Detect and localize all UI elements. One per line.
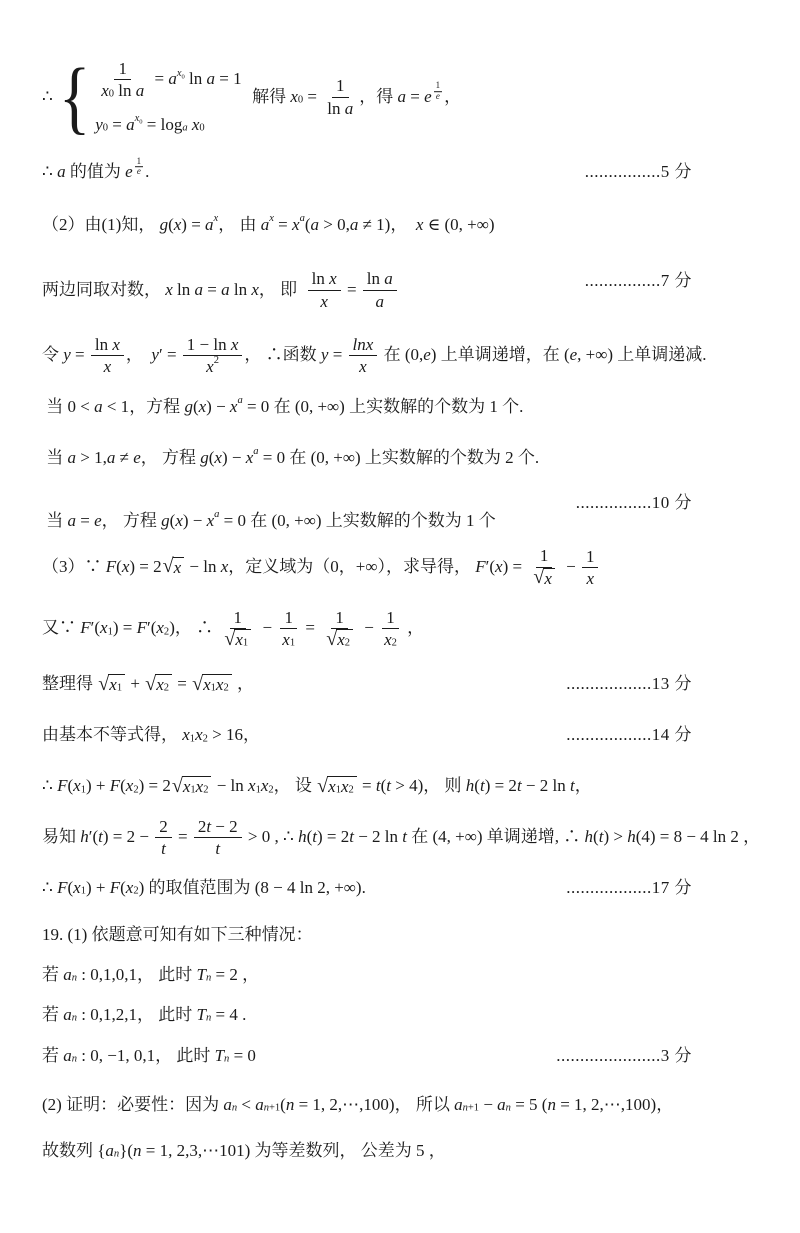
math-var: x [214,214,219,225]
subscript: 0 [103,121,108,135]
math-var: a [57,161,66,184]
numerator: 1 [280,607,297,629]
text-run: 0 [298,94,303,105]
math-var: x [207,510,215,533]
superscript: a [300,213,305,227]
text-run: 上实数解的个数为 1 个 [322,510,496,533]
q19-intro-line: 19. (1) 依题意可知有如下三种情况： [42,923,772,947]
text-run: : 0, −1, 0,1 [77,1045,155,1068]
text-run: = 0 [229,1045,256,1068]
math-var: a [311,214,320,237]
math-var: h [466,775,475,798]
math-var: x [112,334,120,355]
text-run: 1 [290,638,295,649]
math-var: x [292,214,300,237]
text-run: 若 [42,1004,63,1027]
math-var: e [94,510,102,533]
h-derivative-line: 易知 h′(t) = 2 − 2t = 2t − 2t > 0 , ∴ h(t)… [42,816,772,860]
text-run: = 0 [219,510,246,533]
math-var: F [475,556,485,579]
text-run: ， [656,1094,673,1117]
text-run: ln [173,279,195,302]
math-var: T [197,964,206,987]
math-var: x [175,510,183,533]
math-var: x [261,775,269,798]
score-marker: ................7 分 [585,270,692,293]
text-run: 2 [349,784,354,795]
denominator: x [100,356,116,377]
math-var: F [80,617,90,640]
derivative-equal-line: 又∵ F′(x1) = F′(x2)， ∴ 1√x1 − 1x1 = 1√x2 … [42,607,772,651]
text-run: 解得 [244,86,291,109]
superscript: x0 [177,67,185,81]
text-run: 当 [42,396,68,419]
score-marker: ................10 分 [576,492,692,515]
sqrt-radical: √x1x2 [192,674,232,695]
subscript: 2 [349,784,354,797]
text-run: ) + [86,775,110,798]
numerator: ln x [308,268,341,290]
superscript: x0 [135,112,143,126]
math-var: g [161,510,170,533]
radical-sign-icon: √ [533,567,544,587]
subscript: 2 [203,732,208,746]
text-run: 当 [42,447,68,470]
math-var: lnx [353,334,374,355]
text-run: ln [367,268,384,289]
numerator: 1 [332,75,349,97]
text-run: > 4) [391,775,423,798]
subscript: 2 [392,637,397,650]
text-run: ， [238,964,259,987]
text-run: 1 [284,607,293,628]
text-run: ) = 2 [485,775,517,798]
fraction: 1 − ln xx2 [183,334,243,378]
text-run: − [562,556,580,579]
text-run: = [76,510,94,533]
text-run: 在 [269,396,295,419]
text-run: 1 [118,58,127,79]
math-var: n [206,1012,211,1023]
math-var: y [63,344,71,367]
text-run: = [301,617,319,640]
math-var: x [122,556,130,579]
text-run: = [406,86,424,109]
text-run: 2 [198,816,207,837]
math-var: F [106,556,116,579]
math-var: x [290,86,298,109]
text-run: > 16 [208,724,243,747]
text-run: : 0,1,0,1 [77,964,137,987]
text-run: ∴ [42,775,57,798]
math-var: x [359,356,367,377]
text-run: ln [114,80,136,101]
math-var: x [341,777,349,797]
denominator: √x [528,568,560,589]
denominator: x [355,356,371,377]
math-var: n [206,972,211,983]
subscript: n [224,1052,229,1066]
math-var: x [104,356,112,377]
subscript: n+1 [463,1101,479,1115]
text-run: ∈ (0, +∞) [423,214,494,237]
text-run: − [258,617,276,640]
math-var: x [216,675,224,695]
text-run: = [303,86,321,109]
fraction: 1e [135,157,143,177]
numerator: 1 [382,607,399,629]
math-var: x [246,447,254,470]
math-var: a [376,291,385,312]
radicand: x [173,557,185,578]
superscript: a [214,509,219,523]
text-run: 0 [199,122,204,133]
text-run: 1 [386,607,395,628]
math-var: a [168,68,177,91]
math-var: e [423,344,431,367]
text-run: 两边同取对数， [42,279,165,302]
subscript: n [114,1147,119,1161]
text-run: : 0,1,2,1 [77,1004,137,1027]
text-run: 故数列 [42,1140,97,1163]
simplify-line: 整理得 √x1 + √x2 = √x1x2 ，.................… [42,673,772,697]
math-var: a [205,214,214,237]
text-run: ， 方程 [102,510,162,533]
text-run: = [150,68,168,91]
text-run: + [126,673,144,696]
text-run: ) = 2 [317,826,349,849]
numerator: 1 [230,607,247,629]
text-run: 2 [203,784,208,795]
text-run: = [108,114,126,137]
text-run: ， [575,775,592,798]
math-var: F [57,775,67,798]
text-run: ) > [603,826,627,849]
radicand: x2 [336,629,353,650]
math-var: t [161,838,166,859]
superscript: 2 [214,354,219,367]
math-var: a [136,80,145,101]
superscript: a [237,395,242,409]
text-run: ， [126,344,152,367]
math-var: n [286,1094,295,1117]
math-var: x [126,775,134,798]
numerator: ln x [91,334,124,356]
math-var: x [109,675,117,695]
denominator: t [157,838,170,859]
text-run: = 4 [211,1004,238,1027]
subscript: 2 [164,682,169,695]
text-run: = 1 [215,68,242,91]
math-var: a [214,510,219,521]
text-run: 在 [379,344,405,367]
score-marker: ..................17 分 [566,877,692,900]
math-var: a [300,214,305,225]
text-run: 的取值范围为 [144,877,255,900]
radicand: x1 [234,629,251,650]
sqrt-radical: √x1 [224,629,251,650]
text-run: 由基本不等式得， [42,724,182,747]
math-var: e [424,86,432,109]
sqrt-radical: √x1x2 [317,776,357,797]
numerator: 2t − 2 [194,816,242,838]
text-run: 2 [164,626,169,637]
text-run: = 1, 2,3,⋯101) [142,1140,251,1163]
text-run: ) = [113,617,137,640]
fraction: 1ln a [323,75,357,119]
numerator: 1 [582,546,599,568]
text-run: ∴ [42,86,53,109]
text-run: 单调递增, ∴ [483,826,585,849]
part2-setup-line: （2）由(1)知， g(x) = ax， 由 ax = xa(a > 0,a ≠… [42,213,772,237]
math-var: e [570,344,578,367]
text-run: ) = 2 [139,775,171,798]
denominator: x0 ln a [97,80,148,101]
subscript: 2 [345,638,350,651]
subscript: 2 [203,784,208,797]
text-run: > 1, [76,447,107,470]
text-run: ， 则 [423,775,466,798]
math-var: n [114,1148,119,1159]
text-run: 1 [586,546,595,567]
fraction: 1√x1 [219,607,256,651]
math-var: a [126,114,135,137]
fraction: 2t − 2t [194,816,242,860]
subscript: 0 [182,73,185,82]
text-run: (0, +∞) [272,510,322,533]
math-var: n [72,972,77,983]
text-run: 2 [159,816,168,837]
text-run: ，定义域为（0，+∞），求导得， [228,556,475,579]
text-run: 1 [540,545,549,566]
math-var: t [215,838,220,859]
text-run: , ∴ [270,826,298,849]
subscript: n [72,971,77,985]
subscript: n [206,1011,211,1025]
math-var: T [215,1045,224,1068]
math-var: a [63,1045,72,1068]
inequality-line: 由基本不等式得， x1x2 > 16，..................14 … [42,724,772,748]
denominator: x [316,291,332,312]
left-brace-icon: { [59,58,90,136]
fraction: 1e [434,82,442,102]
text-run: 当 [42,510,68,533]
radical-sign-icon: √ [145,674,156,694]
subscript: 1 [190,732,195,746]
math-var: a [398,86,407,109]
text-run: > 0 [244,826,271,849]
math-var: x [328,777,336,797]
subscript: n [506,1101,511,1115]
sqrt-radical: √x [163,557,185,578]
text-run: = [71,344,89,367]
math-var: x [329,268,337,289]
fraction: ln xx [91,334,124,378]
math-var: x [182,724,190,747]
text-run: 令 [42,344,63,367]
fraction: ln aa [363,268,397,312]
text-run: ) = 2 − [103,826,153,849]
radical-sign-icon: √ [224,629,235,649]
math-var: a [63,1004,72,1027]
text-run: (8 − 4 ln 2, +∞) [255,877,362,900]
case1-line: 若 an : 0,1,0,1， 此时 Tn = 2 ， [42,963,772,987]
text-run: − [479,1094,497,1117]
text-run: ) = 2 [129,556,161,579]
text-run: 1 [256,784,261,795]
text-run: − ln [185,556,221,579]
radicand: x2 [155,674,172,695]
text-run: > 0, [319,214,350,237]
superscript: x [269,213,274,227]
text-run: 0 [109,89,114,100]
system-row: 1x0 ln a = ax0 ln a = 1 [95,58,241,102]
score-marker: ..................14 分 [566,724,692,747]
text-run: 易知 [42,826,80,849]
arithmetic-seq-line: 故数列 {an}(n = 1, 2,3,⋯101) 为等差数列， 公差为 5 ， [42,1139,772,1163]
text-run: 1 [335,607,344,628]
math-var: F [110,775,120,798]
math-var: x [586,568,594,589]
text-run: − ln [212,775,248,798]
math-var: x [203,675,211,695]
math-var: x [73,775,81,798]
math-var: a [261,214,270,237]
denominator: t [211,838,224,859]
math-var: e [137,167,141,176]
math-var: a [497,1094,506,1117]
radical-sign-icon: √ [326,629,337,649]
math-var: a [384,268,393,289]
sqrt-radical: √x2 [326,629,353,650]
math-var: x [156,675,164,695]
text-run: = [203,279,221,302]
fraction: lnxx [349,334,378,378]
text-run: 2 [214,355,219,366]
text-run: 的值为 [66,161,126,184]
fraction: 1x2 [380,607,401,651]
fraction: ln xx [308,268,341,312]
text-run: (4, +∞) [433,826,483,849]
radicand: x1x2 [202,674,232,695]
text-run: ln [95,334,112,355]
math-var: n [232,1102,237,1113]
math-var: x [231,334,239,355]
math-var: n [547,1094,556,1117]
sqrt-radical: √x1 [98,674,125,695]
math-var: a [207,68,216,91]
text-run: 0 [139,118,142,125]
text-run: 1 [190,733,195,744]
math-var: y [95,114,103,137]
numerator: 2 [155,816,172,838]
denominator: x [582,568,598,589]
text-run: 2 [164,682,169,693]
subscript: 1 [336,784,341,797]
case3-line: 若 an : 0, −1, 0,1， 此时 Tn = 0............… [42,1044,772,1068]
math-var: a [345,98,354,119]
text-run: . [238,1004,247,1027]
text-run: ) − [206,396,230,419]
subscript: n [72,1011,77,1025]
subscript: n [232,1101,237,1115]
text-run: ≠ [115,447,133,470]
text-run: 整理得 [42,673,97,696]
text-run: 上单调递增，在 [436,344,564,367]
subscript: a [182,121,187,135]
text-run: ln [185,68,207,91]
subscript: 2 [164,625,169,639]
radicand: x1 [108,674,125,695]
math-var: x [214,447,222,470]
math-var: a [63,964,72,987]
math-var: x [320,291,328,312]
text-run: = [343,279,361,302]
a-value-conclusion-line: ∴ a 的值为 e1e.................5 分 [42,160,772,184]
subscript: 1 [190,784,195,797]
text-run: = [358,775,376,798]
text-run: (0, +∞) [311,447,361,470]
text-run: ， 此时 [155,1045,215,1068]
text-run: 0 [182,73,185,80]
subscript: 1 [243,638,248,651]
text-run: ′( [89,826,98,849]
numerator: 1 − ln x [183,334,243,356]
text-run: ′( [91,617,100,640]
text-run: − 2 [211,816,238,837]
math-var: a [350,214,359,237]
math-var: h [627,826,636,849]
text-run: = 5 ( [511,1094,548,1117]
text-run: 1 [190,784,195,795]
text-run: { [97,1140,105,1163]
text-run: ′ = [159,344,181,367]
text-run: = [274,214,292,237]
numerator: 1 [114,58,131,80]
fraction: 1√x [528,545,560,589]
text-run: 若 [42,964,63,987]
subscript: n [72,1052,77,1066]
math-var: a [223,1094,232,1117]
text-run: （3）∵ [42,556,106,579]
math-var: a [255,1094,264,1117]
text-run: 19. (1) 依题意可知有如下三种情况： [42,924,313,947]
text-run: − 2 ln [522,775,570,798]
part3-derivative-line: （3）∵ F(x) = 2√x − ln x，定义域为（0，+∞），求导得， F… [42,545,772,589]
sqrt-radical: √x1x2 [172,776,212,797]
denominator: √x2 [321,629,358,650]
text-run: ) + [86,877,110,900]
text-run: = [173,673,191,696]
math-var: a [221,279,230,302]
math-var: n [133,1140,142,1163]
text-run: 为等差数列， 公差为 5 ， [250,1140,446,1163]
subscript: 0 [139,118,142,127]
math-var: F [137,617,147,640]
math-var: x [183,777,191,797]
math-var: a [105,1140,114,1163]
math-var: a [182,122,187,133]
math-var: a [454,1094,463,1117]
subscript: 2 [223,682,228,695]
text-run: 1 [211,682,216,693]
text-run: 1 − ln [187,334,231,355]
text-run: ， 设 [274,775,317,798]
denominator: e [135,167,143,176]
text-run: ln [327,98,344,119]
math-var: x [337,630,345,650]
numerator: lnx [349,334,378,356]
